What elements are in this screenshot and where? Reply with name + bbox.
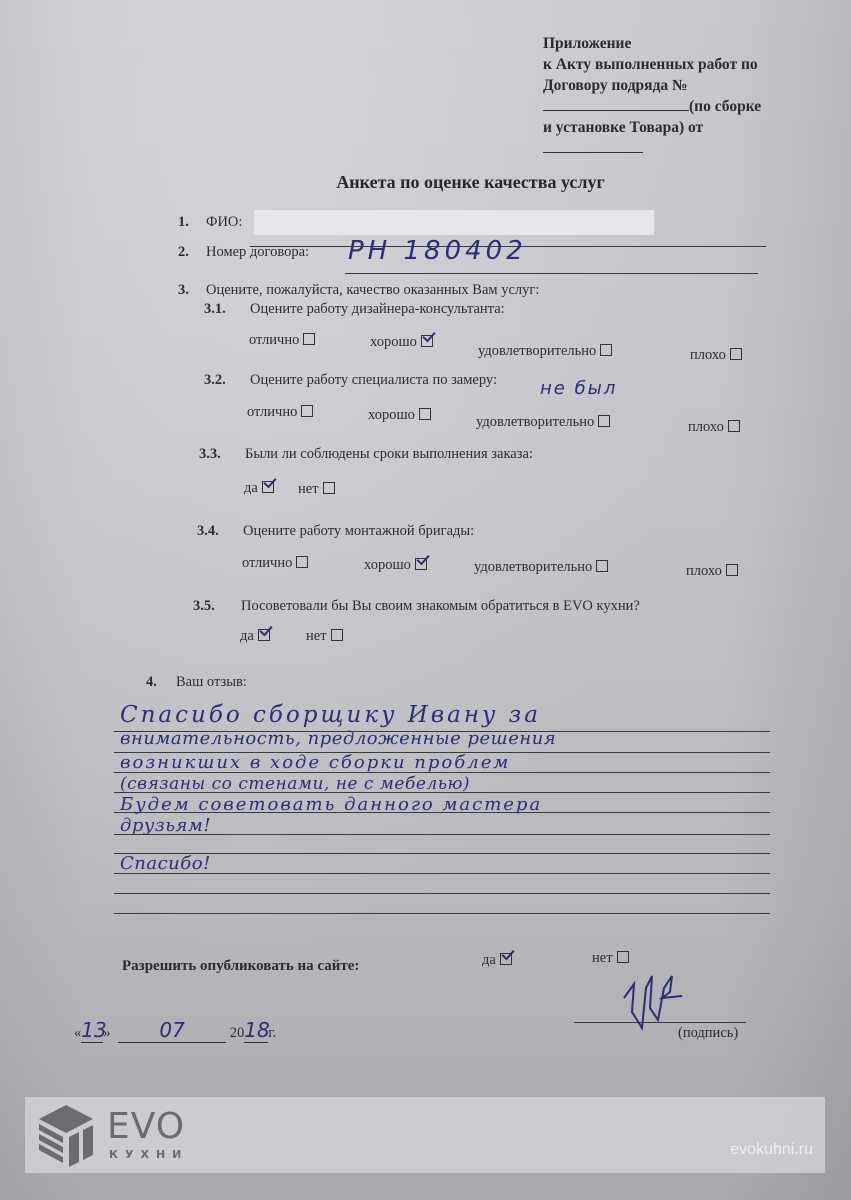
review-ruled-line [114,913,770,914]
fio-redaction [254,210,654,235]
scanned-form-page: Приложение к Акту выполненных работ по Д… [0,0,851,1200]
date-year-prefix: 20 [230,1025,245,1041]
option-label: да [240,628,254,644]
option-label: плохо [686,563,722,579]
q32-option-satisfactory[interactable]: удовлетворительно [476,414,610,431]
option-label: да [244,480,258,496]
question-3-4: 3.4.Оцените работу монтажной бригады: [197,523,474,540]
date-year-suffix: 18 [244,1018,268,1043]
q31-option-good[interactable]: хорошо [370,334,433,351]
date-year-unit: г. [268,1025,276,1041]
review-label: Ваш отзыв: [176,674,247,690]
appendix-line: и установке Товара) от [543,117,761,138]
review-text-line: внимательность, предложенные решения [120,728,556,749]
date-month: 07 [118,1018,226,1043]
contract-underline [345,273,758,274]
question-3-1: 3.1.Оцените работу дизайнера-консультант… [204,301,505,318]
review-ruled-line [114,834,770,835]
q31-option-satisfactory[interactable]: удовлетворительно [478,343,612,360]
appendix-text: (по сборке [689,98,761,115]
q31-option-bad[interactable]: плохо [690,347,742,364]
form-title: Анкета по оценке качества услуг [0,172,851,193]
fio-field: 1.ФИО: [178,214,242,231]
checkbox-empty[interactable] [303,333,315,345]
rating-intro: 3.Оцените, пожалуйста, качество оказанны… [178,282,539,299]
checkbox-empty[interactable] [323,482,335,494]
option-label: да [482,952,496,968]
date-field: «13» 07 2018г. [74,1018,276,1043]
option-label: удовлетворительно [474,559,592,575]
q32-note: не был [540,378,617,399]
review-ruled-line [114,873,770,874]
appendix-line: Приложение [543,33,761,54]
option-label: удовлетворительно [476,414,594,430]
q35-option-yes[interactable]: да [240,628,270,645]
question-number: 3.4. [197,523,243,540]
date-quote: « [74,1025,81,1041]
publish-option-no[interactable]: нет [592,950,629,967]
date-day: 13 [81,1018,103,1043]
checkbox-empty[interactable] [596,560,608,572]
question-3-3: 3.3.Были ли соблюдены сроки выполнения з… [199,446,533,463]
review-text-line: Будем советовать данного мастера [120,794,542,815]
contract-field: 2.Номер договора: [178,244,309,261]
contract-number-blank [543,110,689,111]
question-label: Посоветовали бы Вы своим знакомым обрати… [241,598,640,614]
q33-option-no[interactable]: нет [298,481,335,498]
checkbox-checked[interactable] [258,629,270,641]
checkbox-empty[interactable] [598,415,610,427]
option-label: отлично [247,404,297,420]
question-number: 3.3. [199,446,245,463]
review-ruled-line [114,893,770,894]
option-label: хорошо [370,334,417,350]
question-3-5: 3.5.Посоветовали бы Вы своим знакомым об… [193,598,640,615]
rating-intro-number: 3. [178,282,206,299]
contract-number: 2. [178,244,206,261]
option-label: отлично [249,332,299,348]
brand-watermark-bar: EVO КУХНИ evokuhni.ru [25,1097,825,1173]
question-label: Оцените работу монтажной бригады: [243,523,474,539]
website-url: evokuhni.ru [730,1141,813,1159]
fio-number: 1. [178,214,206,231]
question-label: Оцените работу специалиста по замеру: [250,372,497,388]
q32-option-bad[interactable]: плохо [688,419,740,436]
date-quote: » [103,1025,110,1041]
appendix-header: Приложение к Акту выполненных работ по Д… [543,33,761,159]
q34-option-bad[interactable]: плохо [686,563,738,580]
review-text-line: Спасибо! [120,853,211,874]
question-number: 3.5. [193,598,241,615]
question-3-2: 3.2.Оцените работу специалиста по замеру… [204,372,497,389]
fio-label: ФИО: [206,214,242,230]
evo-cube-logo-icon [35,1103,97,1169]
appendix-line-contract: (по сборке [543,96,761,117]
q34-option-good[interactable]: хорошо [364,557,427,574]
checkbox-empty[interactable] [296,556,308,568]
contract-label: Номер договора: [206,244,309,260]
q33-option-yes[interactable]: да [244,480,274,497]
q34-option-satisfactory[interactable]: удовлетворительно [474,559,608,576]
option-label: нет [306,628,327,644]
option-label: удовлетворительно [478,343,596,359]
review-heading: 4.Ваш отзыв: [146,674,247,691]
q34-option-excellent[interactable]: отлично [242,555,308,572]
contract-value: PH 180402 [348,236,527,266]
checkbox-checked[interactable] [415,558,427,570]
q31-option-excellent[interactable]: отлично [249,332,315,349]
publish-label: Разрешить опубликовать на сайте: [122,958,359,975]
checkbox-empty[interactable] [730,348,742,360]
checkbox-empty[interactable] [726,564,738,576]
appendix-line: к Акту выполненных работ по [543,54,761,75]
checkbox-empty[interactable] [331,629,343,641]
appendix-date-blank [543,140,643,153]
brand-name: EVO [107,1107,185,1147]
question-label: Были ли соблюдены сроки выполнения заказ… [245,446,533,462]
checkbox-empty[interactable] [728,420,740,432]
option-label: нет [298,481,319,497]
option-label: хорошо [368,407,415,423]
option-label: отлично [242,555,292,571]
rating-intro-label: Оцените, пожалуйста, качество оказанных … [206,282,539,298]
checkbox-empty[interactable] [600,344,612,356]
review-text-line: Спасибо сборщику Ивану за [120,702,541,728]
appendix-line: Договору подряда № [543,75,761,96]
review-text-line: друзьям! [120,815,211,836]
review-text-line: (связаны со стенами, не с мебелью) [120,774,470,794]
option-label: нет [592,950,613,966]
question-number: 3.1. [204,301,250,318]
option-label: плохо [688,419,724,435]
question-number: 3.2. [204,372,250,389]
review-text-line: возникших в ходе сборки проблем [120,752,510,773]
question-label: Оцените работу дизайнера-консультанта: [250,301,505,317]
q35-option-no[interactable]: нет [306,628,343,645]
review-number: 4. [146,674,176,691]
review-ruled-line [114,853,770,854]
option-label: хорошо [364,557,411,573]
checkbox-checked[interactable] [421,335,433,347]
checkbox-checked[interactable] [262,481,274,493]
signature-caption: (подпись) [678,1025,738,1042]
brand-subtitle: КУХНИ [109,1148,188,1161]
checkbox-empty[interactable] [419,408,431,420]
checkbox-empty[interactable] [301,405,313,417]
option-label: плохо [690,347,726,363]
checkbox-checked[interactable] [500,953,512,965]
signature-line [574,1022,746,1023]
appendix-date-line [543,138,761,159]
publish-option-yes[interactable]: да [482,952,512,969]
q32-option-excellent[interactable]: отлично [247,404,313,421]
q32-option-good[interactable]: хорошо [368,407,431,424]
checkbox-empty[interactable] [617,951,629,963]
